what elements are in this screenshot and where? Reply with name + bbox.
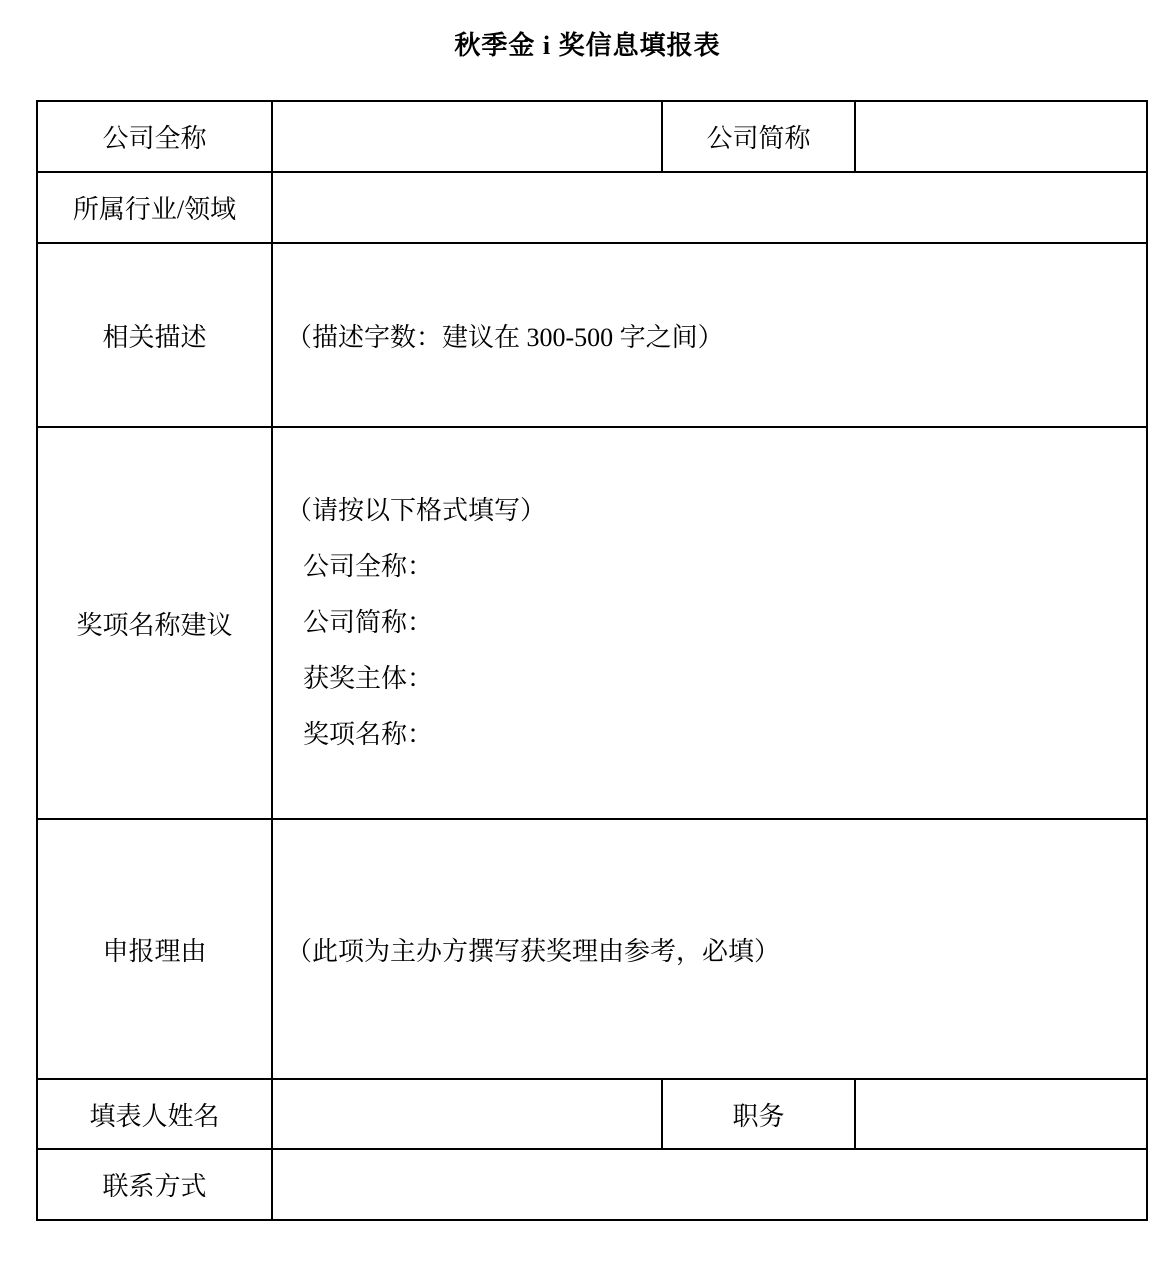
filler-name-label: 填表人姓名: [37, 1079, 272, 1149]
award-name-suggestion-label: 奖项名称建议: [37, 427, 272, 819]
industry-field-label: 所属行业/领域: [37, 172, 272, 243]
form-table: 公司全称 公司简称 所属行业/领域 相关描述 （描述字数：建议在 300-500…: [36, 100, 1148, 1221]
award-name-suggestion-cell[interactable]: （请按以下格式填写） 公司全称： 公司简称： 获奖主体： 奖项名称：: [272, 427, 1147, 819]
industry-field-cell[interactable]: [272, 172, 1147, 243]
format-line-company-short-name: 公司简称：: [286, 595, 1136, 651]
description-hint: （描述字数：建议在 300-500 字之间）: [286, 323, 724, 352]
page-title: 秋季金 i 奖信息填报表: [0, 30, 1175, 62]
table-row: 所属行业/领域: [37, 172, 1147, 243]
contact-cell[interactable]: [272, 1149, 1147, 1220]
table-row: 申报理由 （此项为主办方撰写获奖理由参考，必填）: [37, 819, 1147, 1079]
table-row: 填表人姓名 职务: [37, 1079, 1147, 1149]
application-reason-hint: （此项为主办方撰写获奖理由参考，必填）: [286, 937, 780, 966]
company-full-name-label: 公司全称: [37, 101, 272, 172]
company-full-name-cell[interactable]: [272, 101, 662, 172]
table-row: 奖项名称建议 （请按以下格式填写） 公司全称： 公司简称： 获奖主体： 奖项名称…: [37, 427, 1147, 819]
position-label: 职务: [662, 1079, 855, 1149]
format-line-company-full-name: 公司全称：: [286, 539, 1136, 595]
document-page: 秋季金 i 奖信息填报表 公司全称 公司简称 所属行业/领域 相关描述 （描述字…: [0, 0, 1175, 1261]
format-instruction: （请按以下格式填写）: [286, 483, 1136, 539]
table-row: 相关描述 （描述字数：建议在 300-500 字之间）: [37, 243, 1147, 427]
filler-name-cell[interactable]: [272, 1079, 662, 1149]
application-reason-label: 申报理由: [37, 819, 272, 1079]
application-reason-cell[interactable]: （此项为主办方撰写获奖理由参考，必填）: [272, 819, 1147, 1079]
contact-label: 联系方式: [37, 1149, 272, 1220]
format-line-award-recipient: 获奖主体：: [286, 651, 1136, 707]
format-line-award-name: 奖项名称：: [286, 707, 1136, 763]
company-short-name-cell[interactable]: [855, 101, 1147, 172]
position-cell[interactable]: [855, 1079, 1147, 1149]
description-label: 相关描述: [37, 243, 272, 427]
table-row: 联系方式: [37, 1149, 1147, 1220]
company-short-name-label: 公司简称: [662, 101, 855, 172]
table-row: 公司全称 公司简称: [37, 101, 1147, 172]
format-block: （请按以下格式填写） 公司全称： 公司简称： 获奖主体： 奖项名称：: [286, 483, 1136, 763]
description-cell[interactable]: （描述字数：建议在 300-500 字之间）: [272, 243, 1147, 427]
